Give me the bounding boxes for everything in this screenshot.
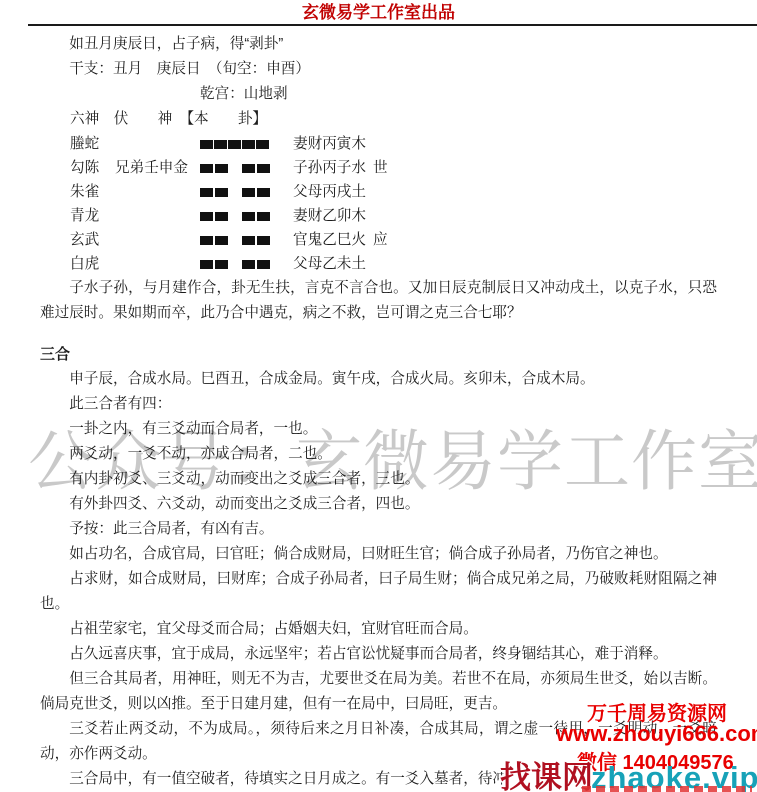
paragraph: 占久远喜庆事，宜于成局，永远坚牢；若占官讼忧疑事而合局者，终身锢结其心，难于消释… xyxy=(40,642,717,667)
paragraph: 两爻动，一爻不动，亦成合局者，二也。 xyxy=(40,442,717,467)
yao-label: 父母丙戌土 xyxy=(293,180,373,205)
hexagram-row: 螣蛇 妻财丙寅木 xyxy=(70,132,717,156)
paragraph: 予按：此三合局者，有凶有吉。 xyxy=(40,517,717,542)
liushen-label: 玄武 xyxy=(70,228,115,253)
liushen-label: 螣蛇 xyxy=(70,132,115,157)
document-title: 玄微易学工作室出品 xyxy=(0,2,757,24)
promo-site-url: www.zhouyi666.com xyxy=(556,721,757,747)
hexagram-line-icon xyxy=(200,164,270,173)
liushen-label: 朱雀 xyxy=(70,180,115,205)
paragraph: 此三合者有四： xyxy=(40,392,717,417)
paragraph: 占祖茔家宅，宜父母爻而合局；占婚姻夫妇，宜财官旺而合局。 xyxy=(40,617,717,642)
yao-label: 妻财丙寅木 xyxy=(293,132,373,157)
case-commentary: 子水子孙，与月建作合，卦无生扶，言克不言合也。又加日辰克制辰日又冲动戌土，以克子… xyxy=(40,276,717,326)
hexagram-row: 朱雀 父母丙戌土 xyxy=(70,180,717,204)
paragraph: 一卦之内，有三爻动而合局者，一也。 xyxy=(40,417,717,442)
hexagram-line-icon xyxy=(200,212,270,221)
paragraph: 有内卦初爻、三爻动，动而变出之爻成三合者，三也。 xyxy=(40,467,717,492)
section-heading-sanhe: 三合 xyxy=(40,342,717,367)
intro-line-case: 如丑月庚辰日，占子病，得“剥卦” xyxy=(40,32,717,57)
hexagram-line-icon xyxy=(200,140,270,149)
shi-ying-marker: 应 xyxy=(373,228,403,253)
paragraph: 如占功名，合成官局，曰官旺；倘合成财局，曰财旺生官；倘合成子孙局者，乃伤官之神也… xyxy=(40,542,717,567)
liushen-label: 青龙 xyxy=(70,204,115,229)
clipped-red-text xyxy=(582,786,752,792)
document-body: 如丑月庚辰日，占子病，得“剥卦” 干支：丑月 庚辰日 （旬空：申酉） 乾宫：山地… xyxy=(0,26,757,792)
paragraph: 占求财，如合成财局，曰财库；合成子孙局者，曰子局生财；倘合成兄弟之局，乃破败耗财… xyxy=(40,567,717,617)
paragraph: 申子辰，合成水局。巳酉丑，合成金局。寅午戌，合成火局。亥卯未，合成木局。 xyxy=(40,367,717,392)
yao-label: 妻财乙卯木 xyxy=(293,204,373,229)
shi-ying-marker: 世 xyxy=(373,156,403,181)
yao-label: 官鬼乙巳火 xyxy=(293,228,373,253)
zhaoke-logo-text: 找课网 xyxy=(500,752,593,792)
hexagram-row: 勾陈 兄弟壬申金 子孙丙子水 世 xyxy=(70,156,717,180)
paragraph: 有外卦四爻、六爻动，动而变出之爻成三合者，四也。 xyxy=(40,492,717,517)
document-page: 公众号：玄微易学工作室 玄微易学工作室出品 如丑月庚辰日，占子病，得“剥卦” 干… xyxy=(0,0,757,792)
yao-label: 子孙丙子水 xyxy=(293,156,373,181)
hexagram-row: 青龙 妻财乙卯木 xyxy=(70,204,717,228)
liushen-label: 白虎 xyxy=(70,252,115,277)
fushen-label: 兄弟壬申金 xyxy=(115,156,200,181)
intro-line-palace: 乾宫：山地剥 xyxy=(200,82,717,107)
hexagram-table: 螣蛇 妻财丙寅木 勾陈 兄弟壬申金 子孙丙子水 世 朱雀 父母丙戌土 xyxy=(70,132,717,276)
hexagram-column-header: 六神 伏 神 【本 卦】 xyxy=(70,107,717,132)
yao-label: 父母乙未土 xyxy=(293,252,373,277)
hexagram-line-icon xyxy=(200,236,270,245)
hexagram-row: 玄武 官鬼乙巳火 应 xyxy=(70,228,717,252)
hexagram-line-icon xyxy=(200,188,270,197)
intro-line-ganzhi: 干支：丑月 庚辰日 （旬空：申酉） xyxy=(40,57,717,82)
liushen-label: 勾陈 xyxy=(70,156,115,181)
hexagram-line-icon xyxy=(200,260,270,269)
hexagram-row: 白虎 父母乙未土 xyxy=(70,252,717,276)
